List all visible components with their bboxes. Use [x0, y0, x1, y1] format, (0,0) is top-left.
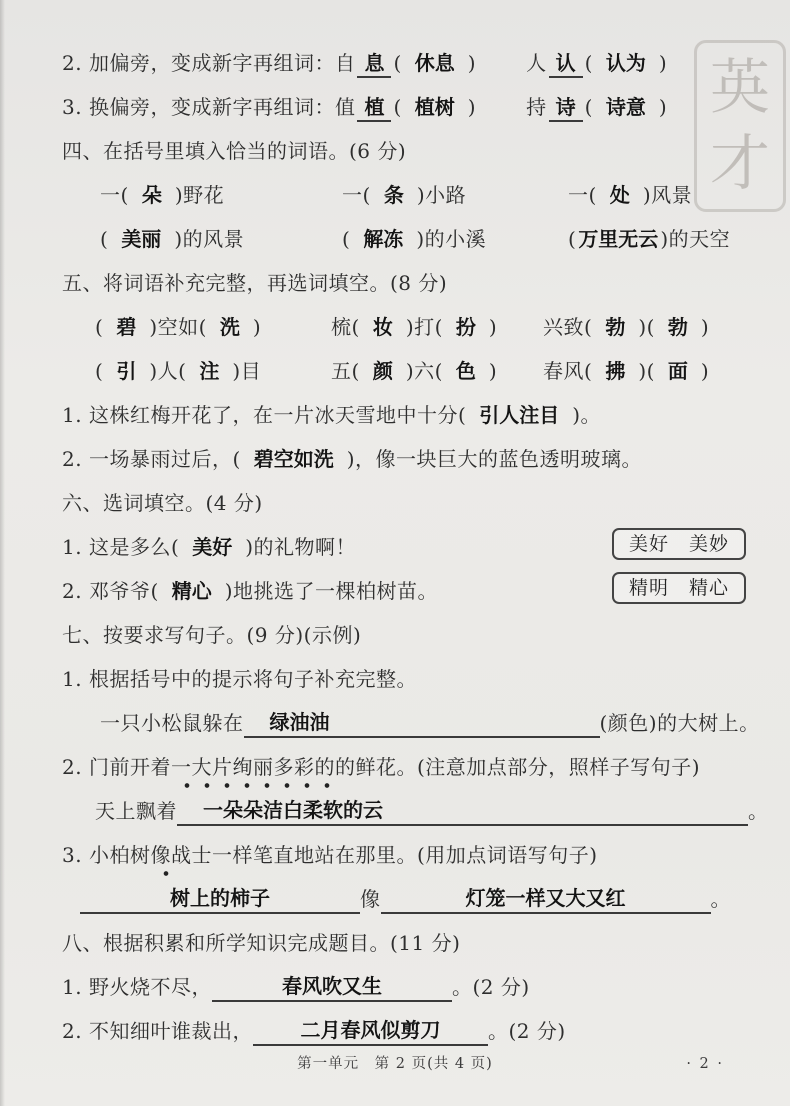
text: 一( — [100, 183, 129, 207]
text: )野花 — [175, 183, 224, 207]
section-4-header: 四、在括号里填入恰当的词语。(6 分) — [62, 136, 746, 166]
text: )风景 — [643, 183, 692, 207]
answer-underlined: 认 — [549, 50, 583, 78]
section-6-header: 六、选词填空。(4 分) — [62, 488, 746, 518]
exam-content: 2. 加偏旁，变成新字再组词：自息(休息)人认(认为) 3. 换偏旁，变成新字再… — [0, 0, 790, 1046]
fill-phrase: (解冻)的小溪 — [342, 224, 568, 254]
section-8-item-2: 2. 不知细叶谁裁出，二月春风似剪刀。(2 分) — [62, 1016, 746, 1046]
text: 。(2 分) — [452, 975, 530, 999]
answer: 解冻 — [350, 227, 416, 251]
answer: 处 — [597, 183, 643, 207]
text: ) — [701, 359, 709, 383]
text: )的礼物啊！ — [245, 535, 356, 559]
text: 。 — [711, 887, 732, 911]
text: 2. 门前开着 — [62, 755, 171, 779]
idiom-completion: 梳(妆)打(扮) — [331, 312, 543, 342]
section-4-row-1: 一(朵)野花 一(条)小路 一(处)风景 — [100, 180, 746, 210]
text: 五( — [331, 359, 360, 383]
text: )人( — [149, 359, 186, 383]
text: ) — [701, 315, 709, 339]
fill-phrase: 一(朵)野花 — [100, 180, 342, 210]
text: )六( — [406, 359, 443, 383]
idiom-completion: (引)人(注)目 — [95, 356, 331, 386]
word-bank-box: 美好 美妙 — [612, 528, 746, 560]
text: )空如( — [149, 315, 207, 339]
text: 2. 不知细叶谁裁出， — [62, 1019, 253, 1043]
answer: 诗意 — [593, 95, 659, 119]
section-8-item-1: 1. 野火烧不尽，春风吹又生。(2 分) — [62, 972, 746, 1002]
fill-phrase: (万里无云)的天空 — [568, 224, 746, 254]
dotted-emphasis: 一大片绚丽多彩的 — [171, 755, 335, 789]
text: 像 — [360, 887, 381, 911]
text: ( — [393, 51, 401, 75]
answer-blank: 一朵朵洁白柔软的云 — [177, 796, 748, 826]
answer: 植树 — [402, 95, 468, 119]
answer-blank: 灯笼一样又大又红 — [381, 884, 711, 914]
text: (颜色)的大树上。 — [600, 711, 760, 735]
text: )打( — [406, 315, 443, 339]
question-3-change-radical: 3. 换偏旁，变成新字再组词：值植(植树)持诗(诗意) — [62, 92, 746, 122]
answer: 休息 — [402, 51, 468, 75]
answer-underlined: 息 — [357, 50, 391, 78]
text: ) — [253, 315, 261, 339]
footer-page-number: · 2 · — [686, 1054, 724, 1074]
fill-phrase: 一(条)小路 — [342, 180, 568, 210]
text: 六、选词填空。(4 分) — [62, 491, 263, 515]
text: ) — [489, 359, 497, 383]
text: ) — [468, 51, 476, 75]
answer: 美好 — [179, 535, 245, 559]
text: 七、按要求写句子。(9 分)(示例) — [62, 623, 361, 647]
section-5-item-2: 2. 一场暴雨过后，(碧空如洗)，像一块巨大的蓝色透明玻璃。 — [62, 444, 746, 474]
answer: 扮 — [443, 315, 489, 339]
section-5-row-2: (引)人(注)目 五(颜)六(色) 春风(拂)(面) — [95, 356, 746, 386]
section-5-item-1: 1. 这株红梅开花了，在一片冰天雪地中十分(引人注目)。 — [62, 400, 746, 430]
answer: 注 — [186, 359, 232, 383]
text: ) — [659, 51, 667, 75]
text: )的天空 — [660, 227, 730, 251]
text: )( — [638, 359, 655, 383]
answer-blank: 春风吹又生 — [212, 972, 452, 1002]
text: )的小溪 — [416, 227, 486, 251]
section-7-item-2: 2. 门前开着一大片绚丽多彩的的鲜花。(注意加点部分，照样子写句子) — [62, 752, 746, 782]
answer: 拂 — [592, 359, 638, 383]
answer: 万里无云 — [576, 227, 660, 251]
text: 春风( — [543, 359, 592, 383]
answer: 引 — [103, 359, 149, 383]
text: 一只小松鼠躲在 — [100, 711, 244, 735]
section-5-row-1: (碧)空如(洗) 梳(妆)打(扮) 兴致(勃)(勃) — [95, 312, 746, 342]
text: )目 — [232, 359, 261, 383]
text: )，像一块巨大的蓝色透明玻璃。 — [347, 447, 642, 471]
text: ) — [468, 95, 476, 119]
idiom-completion: 五(颜)六(色) — [331, 356, 543, 386]
fill-phrase: 一(处)风景 — [568, 180, 746, 210]
answer: 碧 — [103, 315, 149, 339]
page-footer: 第一单元 第 2 页(共 4 页) · 2 · — [0, 1054, 790, 1074]
section-7-item-1: 1. 根据括号中的提示将句子补充完整。 — [62, 664, 746, 694]
text: 1. 这是多么( — [62, 535, 179, 559]
text: ( — [585, 51, 593, 75]
text: 1. 根据括号中的提示将句子补充完整。 — [62, 667, 417, 691]
answer: 条 — [371, 183, 417, 207]
text: 。(2 分) — [488, 1019, 566, 1043]
text: 战士一样笔直地站在那里。(用加点词语写句子) — [171, 843, 598, 867]
text: 一( — [342, 183, 371, 207]
answer: 色 — [443, 359, 489, 383]
answer-blank: 树上的柿子 — [80, 884, 360, 914]
exam-paper-page: 英 才 2. 加偏旁，变成新字再组词：自息(休息)人认(认为) 3. 换偏旁，变… — [0, 0, 790, 1106]
answer: 认为 — [593, 51, 659, 75]
dotted-emphasis: 像 — [150, 843, 171, 877]
text: 。 — [748, 799, 769, 823]
idiom-completion: 春风(拂)(面) — [543, 356, 746, 386]
section-4-row-2: (美丽)的风景 (解冻)的小溪 (万里无云)的天空 — [100, 224, 746, 254]
text: 天上飘着 — [95, 799, 177, 823]
text: 1. 野火烧不尽， — [62, 975, 212, 999]
text: 兴致( — [543, 315, 592, 339]
text: 2. 加偏旁，变成新字再组词：自 — [62, 51, 355, 75]
answer: 碧空如洗 — [241, 447, 347, 471]
answer-blank: 二月春风似剪刀 — [253, 1016, 488, 1046]
text: )小路 — [417, 183, 466, 207]
answer: 美丽 — [108, 227, 174, 251]
text: 一( — [568, 183, 597, 207]
answer-underlined: 诗 — [549, 94, 583, 122]
answer: 勃 — [655, 315, 701, 339]
section-7-answer-2: 天上飘着一朵朵洁白柔软的云。 — [95, 796, 746, 826]
section-7-item-3: 3. 小柏树像战士一样笔直地站在那里。(用加点词语写句子) — [62, 840, 746, 870]
fill-phrase: (美丽)的风景 — [100, 224, 342, 254]
text: 五、将词语补充完整，再选词填空。(8 分) — [62, 271, 447, 295]
answer: 朵 — [129, 183, 175, 207]
answer-blank: 绿油油 — [244, 708, 600, 738]
section-8-header: 八、根据积累和所学知识完成题目。(11 分) — [62, 928, 746, 958]
text: 2. 邓爷爷( — [62, 579, 159, 603]
answer: 引人注目 — [466, 403, 572, 427]
idiom-completion: (碧)空如(洗) — [95, 312, 331, 342]
section-5-header: 五、将词语补充完整，再选词填空。(8 分) — [62, 268, 746, 298]
text: )。 — [572, 403, 601, 427]
text: 2. 一场暴雨过后，( — [62, 447, 241, 471]
answer-underlined: 植 — [357, 94, 391, 122]
answer: 妆 — [360, 315, 406, 339]
text: ) — [489, 315, 497, 339]
text: ( — [393, 95, 401, 119]
section-6-item-2: 2. 邓爷爷(精心)地挑选了一棵柏树苗。精明 精心 — [62, 576, 746, 606]
answer: 面 — [655, 359, 701, 383]
question-2-add-radical: 2. 加偏旁，变成新字再组词：自息(休息)人认(认为) — [62, 48, 746, 78]
text: 持 — [526, 95, 547, 119]
section-6-item-1: 1. 这是多么(美好)的礼物啊！美好 美妙 — [62, 532, 746, 562]
answer: 精心 — [159, 579, 225, 603]
footer-unit-page-label: 第一单元 第 2 页(共 4 页) — [297, 1056, 493, 1072]
text: ) — [659, 95, 667, 119]
section-7-answer-1: 一只小松鼠躲在绿油油(颜色)的大树上。 — [100, 708, 746, 738]
answer: 洗 — [207, 315, 253, 339]
text: 的鲜花。(注意加点部分，照样子写句子) — [335, 755, 700, 779]
text: 3. 换偏旁，变成新字再组词：值 — [62, 95, 355, 119]
section-7-header: 七、按要求写句子。(9 分)(示例) — [62, 620, 746, 650]
section-7-answer-3: 树上的柿子像灯笼一样又大又红。 — [80, 884, 746, 914]
idiom-completion: 兴致(勃)(勃) — [543, 312, 746, 342]
text: ( — [585, 95, 593, 119]
text: 1. 这株红梅开花了，在一片冰天雪地中十分( — [62, 403, 466, 427]
text: 梳( — [331, 315, 360, 339]
word-bank-box: 精明 精心 — [612, 572, 746, 604]
text: )( — [638, 315, 655, 339]
text: )的风景 — [174, 227, 244, 251]
text: 八、根据积累和所学知识完成题目。(11 分) — [62, 931, 460, 955]
text: )地挑选了一棵柏树苗。 — [225, 579, 438, 603]
answer: 勃 — [592, 315, 638, 339]
text: 四、在括号里填入恰当的词语。(6 分) — [62, 139, 406, 163]
text: 3. 小柏树 — [62, 843, 150, 867]
text: 人 — [526, 51, 547, 75]
answer: 颜 — [360, 359, 406, 383]
